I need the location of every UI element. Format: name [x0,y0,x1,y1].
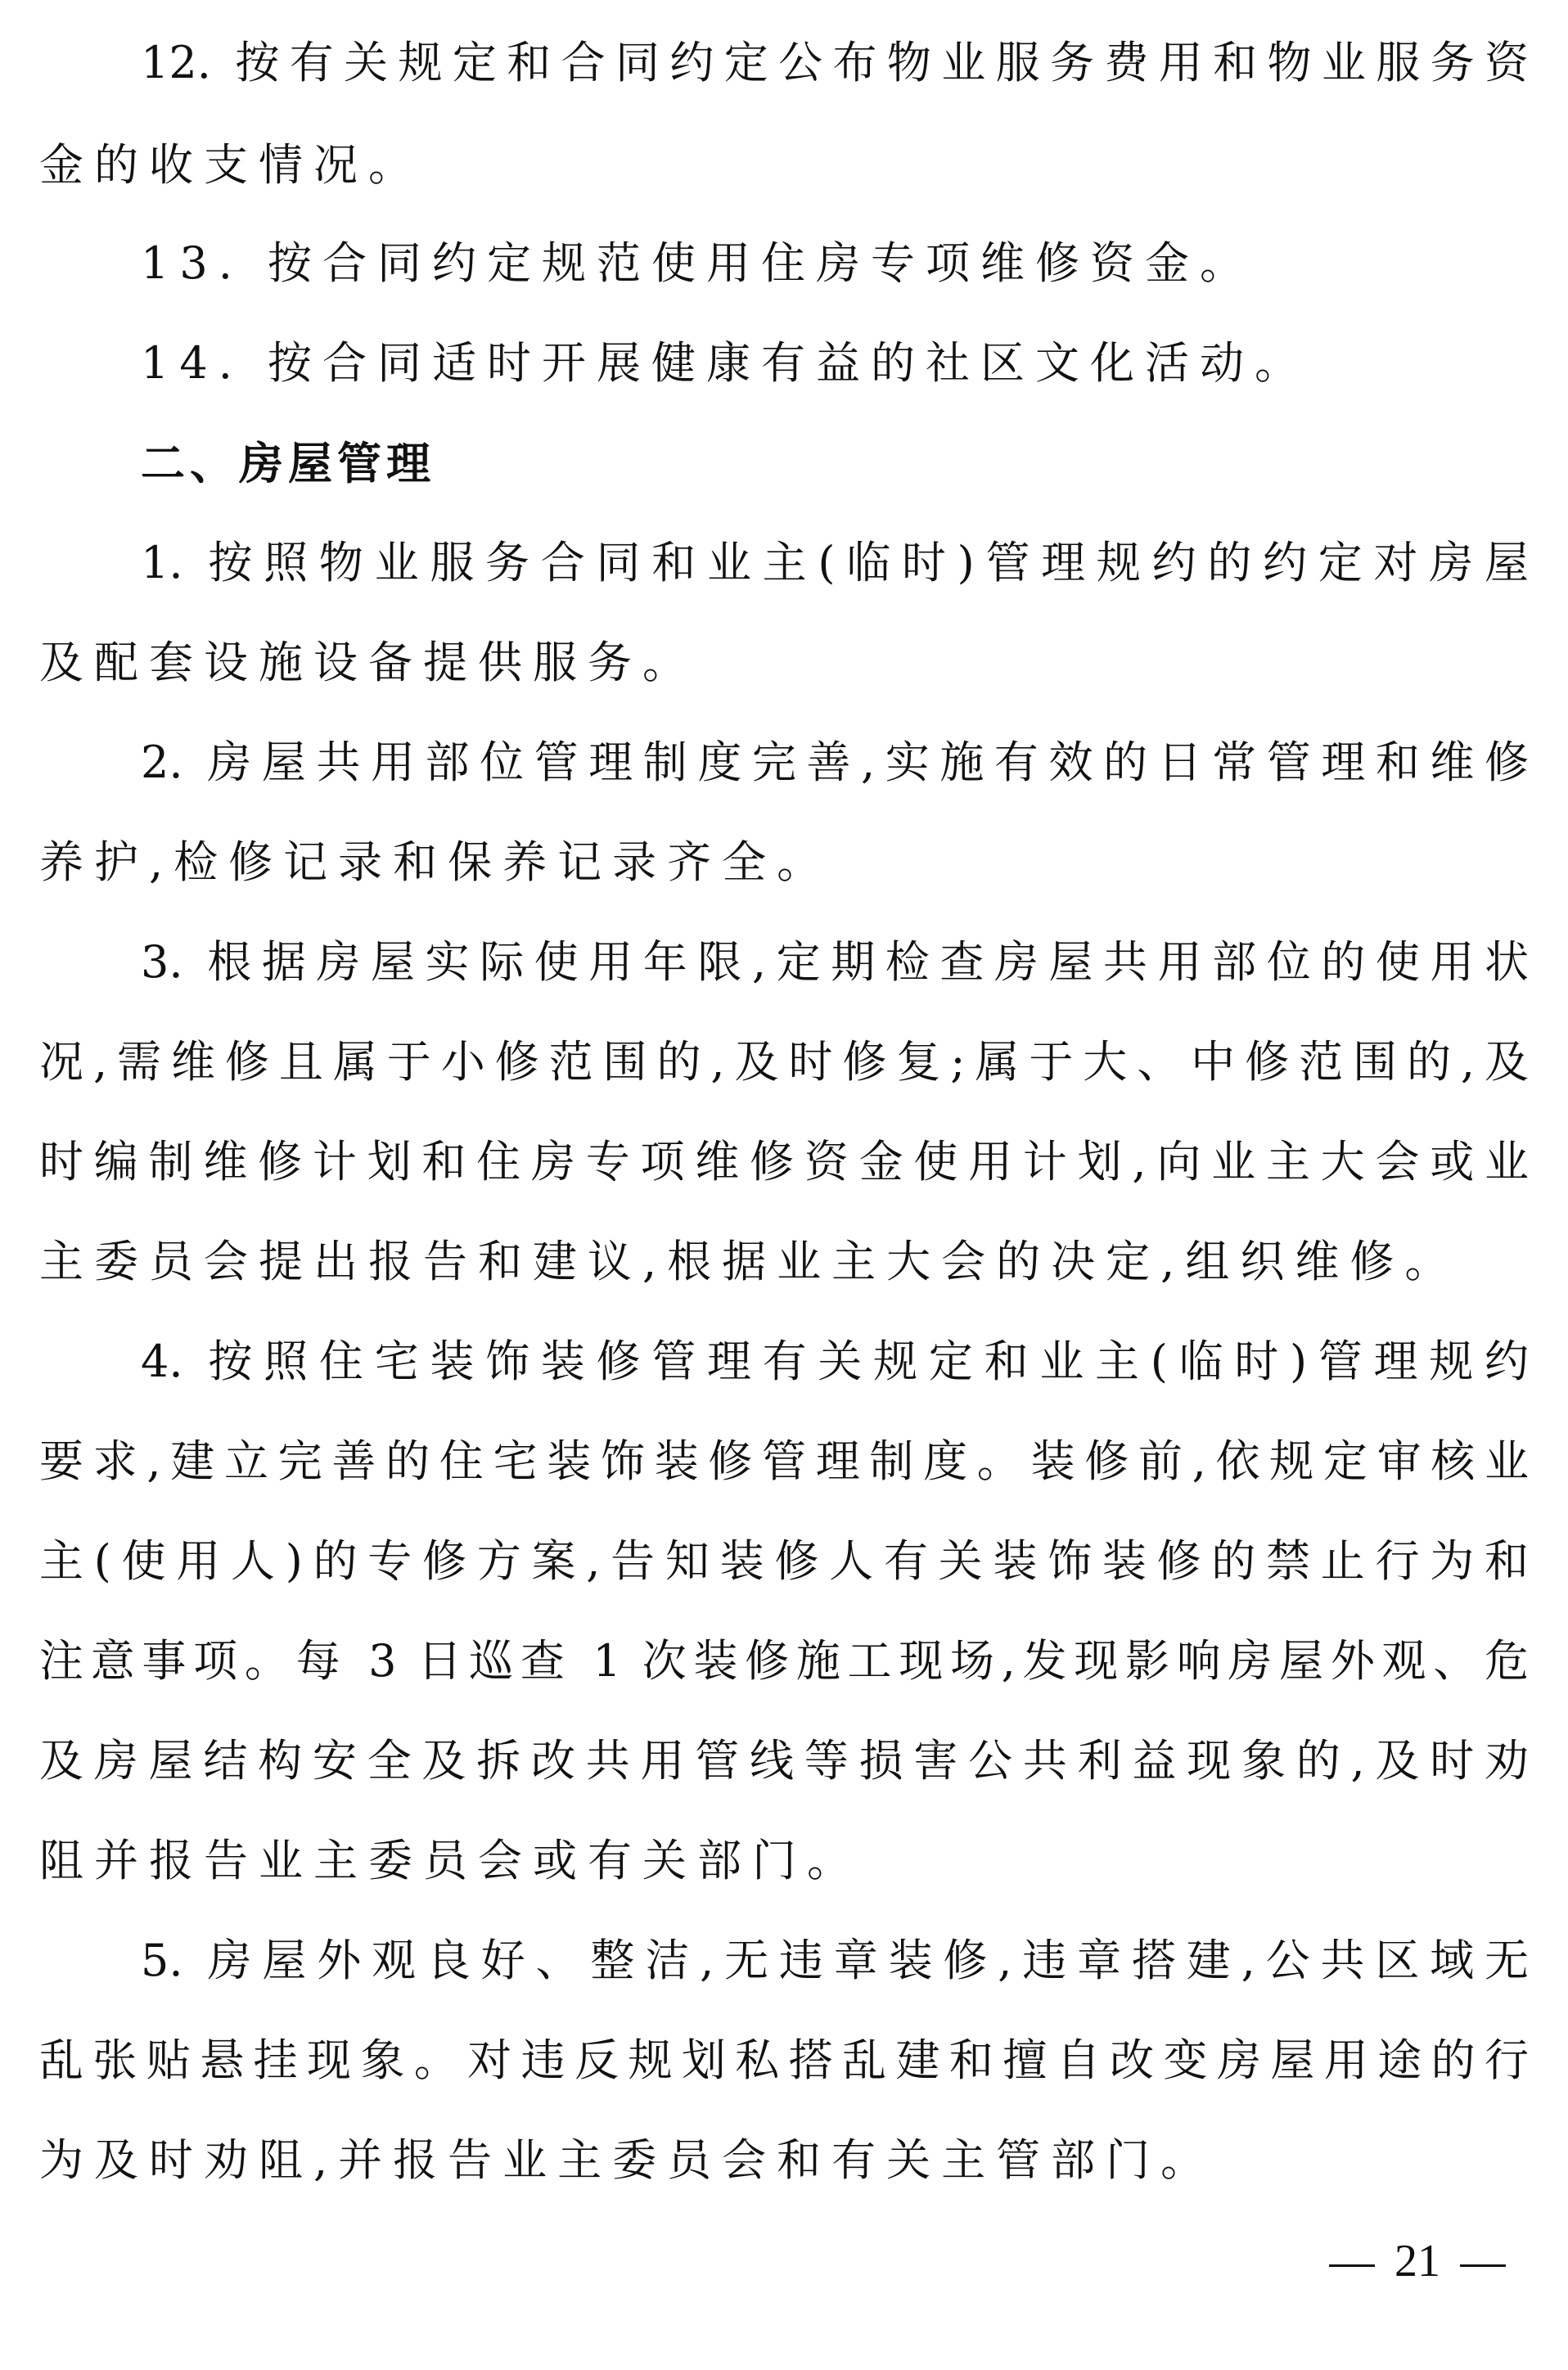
paragraph-line: 12. 按有关规定和合同约定公布物业服务费用和物业服务资 [141,30,1529,96]
section-heading: 二、房屋管理 [141,431,435,497]
paragraph-line: 阻并报告业主委员会或有关部门。 [39,1828,1529,1894]
paragraph-line: 3. 根据房屋实际使用年限,定期检查房屋共用部位的使用状 [141,930,1529,995]
paragraph-line: 4. 按照住宅装饰装修管理有关规定和业主(临时)管理规约 [141,1329,1529,1395]
paragraph-line: 金的收支情况。 [39,133,1529,198]
dash-right [1460,2264,1506,2267]
paragraph-line: 时编制维修计划和住房专项维修资金使用计划,向业主大会或业 [39,1129,1529,1195]
paragraph-line: 况,需维修且属于小修范围的,及时修复;属于大、中修范围的,及 [39,1030,1529,1095]
page-number: 21 [1309,2230,1522,2292]
paragraph-line: 5. 房屋外观良好、整洁,无违章装修,违章搭建,公共区域无 [141,1928,1529,1994]
paragraph-line: 注意事项。每 3 日巡查 1 次装修施工现场,发现影响房屋外观、危 [39,1629,1529,1694]
paragraph-line: 主委员会提出报告和建议,根据业主大会的决定,组织维修。 [39,1229,1529,1295]
dash-left [1329,2264,1375,2267]
paragraph-line: 要求,建立完善的住宅装饰装修管理制度。装修前,依规定审核业 [39,1429,1529,1494]
paragraph-line: 养护,检修记录和保养记录齐全。 [39,830,1529,895]
document-page: 12. 按有关规定和合同约定公布物业服务费用和物业服务资 金的收支情况。 13.… [0,0,1568,2370]
paragraph-line: 为及时劝阻,并报告业主委员会和有关主管部门。 [39,2128,1529,2193]
paragraph-line: 2. 房屋共用部位管理制度完善,实施有效的日常管理和维修 [141,730,1529,795]
paragraph-line: 13. 按合同约定规范使用住房专项维修资金。 [141,231,1529,296]
paragraph-line: 及配套设施设备提供服务。 [39,630,1529,696]
paragraph-line: 1. 按照物业服务合同和业主(临时)管理规约的约定对房屋 [141,530,1529,596]
paragraph-line: 14. 按合同适时开展健康有益的社区文化活动。 [141,331,1529,396]
paragraph-line: 乱张贴悬挂现象。对违反规划私搭乱建和擅自改变房屋用途的行 [39,2028,1529,2093]
paragraph-line: 及房屋结构安全及拆改共用管线等损害公共利益现象的,及时劝 [39,1728,1529,1794]
paragraph-line: 主(使用人)的专修方案,告知装修人有关装饰装修的禁止行为和 [39,1529,1529,1594]
page-number-value: 21 [1395,2236,1440,2287]
